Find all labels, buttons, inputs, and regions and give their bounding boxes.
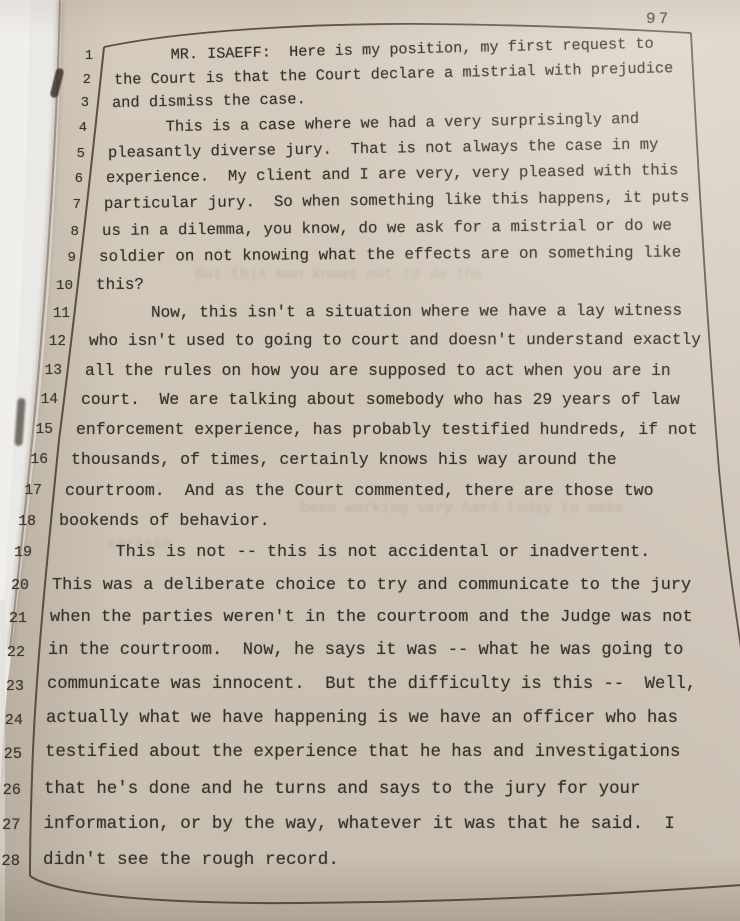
- transcript-line: 2the Court is that the Court declare a m…: [0, 71, 737, 93]
- line-number: 3: [13, 96, 89, 111]
- transcript-line: 12who isn't used to going to court and d…: [0, 332, 712, 354]
- transcript-line: 8us in a dilemma, you know, do we ask fo…: [0, 222, 725, 244]
- line-text: communicate was innocent. But the diffic…: [47, 675, 696, 694]
- transcript-line: 20This was a deliberate choice to try an…: [0, 576, 675, 598]
- line-number: 24: [0, 711, 23, 729]
- transcript-line: 21when the parties weren't in the courtr…: [0, 608, 673, 630]
- line-number: 16: [0, 452, 48, 468]
- line-text: information, or by the way, whatever it …: [44, 814, 675, 834]
- line-number: 15: [0, 422, 53, 438]
- line-text: bookends of behavior.: [59, 512, 270, 531]
- line-number: 7: [5, 197, 81, 213]
- line-text: all the rules on how you are supposed to…: [85, 361, 671, 380]
- line-number: 23: [0, 677, 24, 695]
- line-text: soldier on not knowing what the effects …: [99, 244, 681, 266]
- transcript-line: 14court. We are talking about somebody w…: [0, 390, 704, 412]
- transcript-body: 1 MR. ISAEFF: Here is my position, my fi…: [0, 0, 740, 921]
- line-number: 13: [0, 363, 62, 379]
- line-number: 20: [0, 578, 29, 594]
- transcript-line: 15enforcement experience, has probably t…: [0, 420, 699, 442]
- transcript-line: 13all the rules on how you are supposed …: [0, 361, 708, 383]
- line-text: Now, this isn't a situation where we hav…: [93, 301, 682, 321]
- line-number: 18: [0, 514, 36, 530]
- line-number: 8: [3, 224, 79, 240]
- transcript-line: 6experience. My client and I are very, v…: [0, 169, 729, 191]
- line-text: particular jury. So when something like …: [104, 188, 690, 213]
- line-text: actually what we have happening is we ha…: [46, 709, 678, 728]
- line-text: us in a dilemma, you know, do we ask for…: [102, 216, 672, 239]
- line-text: didn't see the rough record.: [43, 850, 339, 870]
- transcript-line: 27information, or by the way, whatever i…: [0, 814, 667, 836]
- transcript-line: 19 This is not -- this is not accidental…: [0, 543, 678, 565]
- line-text: This was a deliberate choice to try and …: [52, 576, 691, 595]
- line-number: 27: [0, 816, 21, 834]
- line-number: 19: [0, 545, 32, 561]
- transcript-line: 25testified about the experience that he…: [0, 743, 668, 765]
- line-number: 14: [0, 392, 58, 408]
- line-text: testified about the experience that he h…: [45, 743, 680, 762]
- line-number: 17: [0, 483, 42, 499]
- line-number: 25: [0, 745, 22, 763]
- transcript-line: 11 Now, this isn't a situation where we …: [0, 304, 716, 326]
- line-number: 28: [0, 852, 20, 870]
- line-number: 21: [0, 610, 27, 627]
- line-number: 22: [0, 643, 25, 661]
- line-number: 6: [7, 171, 83, 187]
- transcript-line: 22in the courtroom. Now, he says it was …: [0, 641, 671, 663]
- transcript-line: 28didn't see the rough record.: [0, 850, 666, 872]
- line-text: when the parties weren't in the courtroo…: [50, 608, 693, 627]
- line-text: who isn't used to going to court and doe…: [89, 331, 701, 350]
- transcript-line: 26that he's done and he turns and says t…: [0, 779, 667, 801]
- line-number: 4: [11, 121, 87, 136]
- transcript-line: 18bookends of behavior.: [0, 512, 682, 534]
- line-text: This is not -- this is not accidental or…: [55, 543, 650, 562]
- line-number: 2: [15, 73, 91, 88]
- line-text: court. We are talking about somebody who…: [81, 390, 680, 409]
- line-number: 11: [0, 306, 70, 322]
- court-transcript-page-photo: 97 But this man knows not to do the been…: [0, 0, 740, 921]
- line-text: this?: [96, 275, 144, 293]
- line-text: enforcement experience, has probably tes…: [76, 420, 697, 439]
- transcript-line: 7particular jury. So when something like…: [0, 195, 727, 217]
- transcript-line: 16thousands, of times, certainly knows h…: [0, 450, 694, 472]
- line-text: thousands, of times, certainly knows his…: [71, 450, 617, 469]
- line-number: 1: [17, 49, 93, 64]
- transcript-line: 9soldier on not knowing what the effects…: [0, 248, 722, 270]
- line-text: courtroom. And as the Court commented, t…: [65, 481, 654, 500]
- transcript-line: 24actually what we have happening is we …: [0, 709, 669, 731]
- line-number: 9: [0, 250, 76, 266]
- line-number: 10: [0, 278, 73, 294]
- transcript-line: 10this?: [0, 276, 719, 298]
- line-text: and dismiss the case.: [112, 91, 306, 113]
- line-number: 26: [0, 781, 21, 799]
- transcript-line: 17courtroom. And as the Court commented,…: [0, 481, 688, 503]
- line-text: that he's done and he turns and says to …: [44, 779, 640, 799]
- line-number: 5: [9, 146, 85, 162]
- line-number: 12: [0, 334, 66, 350]
- line-text: in the courtroom. Now, he says it was --…: [48, 641, 683, 660]
- transcript-line: 23communicate was innocent. But the diff…: [0, 675, 670, 697]
